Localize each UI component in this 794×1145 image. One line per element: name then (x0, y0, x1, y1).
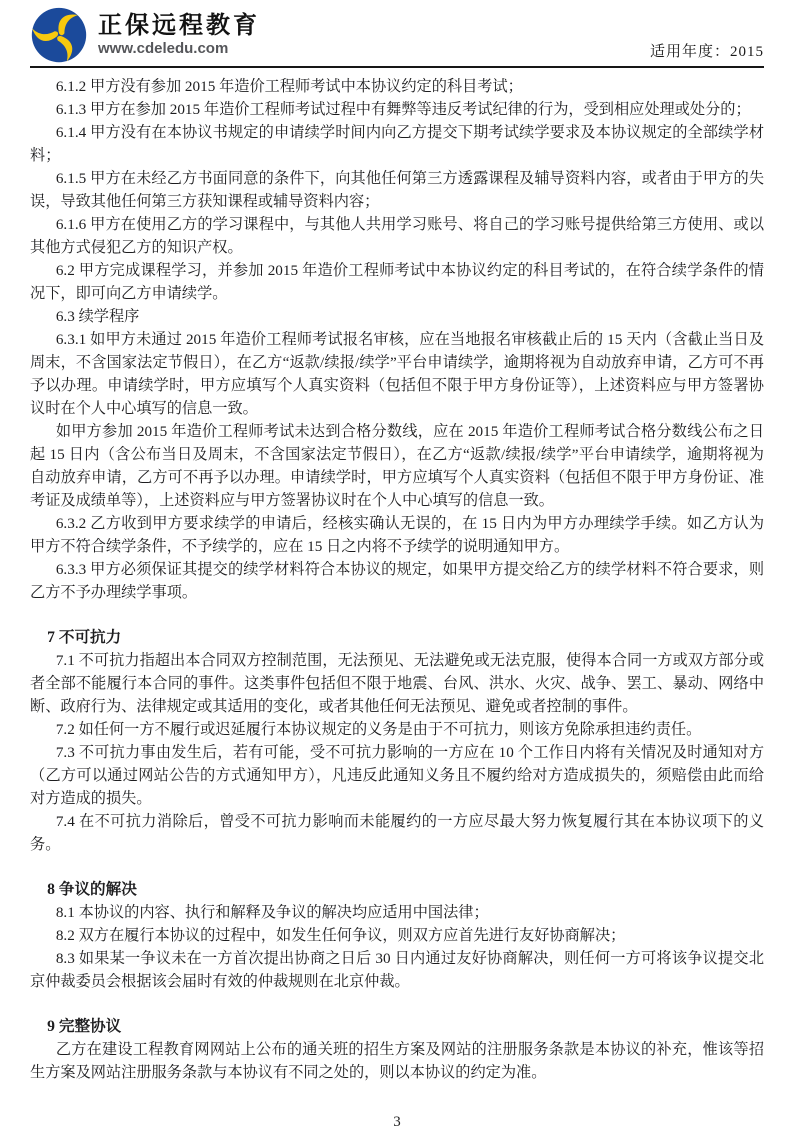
paragraph: 6.3.2 乙方收到甲方要求续学的申请后，经核实确认无误的，在 15 日内为甲方… (30, 512, 764, 558)
page-number: 3 (0, 1114, 794, 1131)
brand-name: 正保远程教育 (98, 12, 260, 40)
document-page: 正保远程教育 www.cdeledu.com 适用年度：2015 6.1.2 甲… (0, 0, 794, 1145)
paragraph: 6.2 甲方完成课程学习，并参加 2015 年造价工程师考试中本协议约定的科目考… (30, 259, 764, 305)
paragraph: 7.1 不可抗力指超出本合同双方控制范围，无法预见、无法避免或无法克服，使得本合… (30, 649, 764, 718)
paragraph: 6.1.6 甲方在使用乙方的学习课程中，与其他人共用学习账号、将自己的学习账号提… (30, 213, 764, 259)
paragraph: 6.1.5 甲方在未经乙方书面同意的条件下，向其他任何第三方透露课程及辅导资料内… (30, 167, 764, 213)
paragraph: 6.1.4 甲方没有在本协议书规定的申请续学时间内向乙方提交下期考试续学要求及本… (30, 121, 764, 167)
header-rule (30, 66, 764, 68)
paragraph: 7.4 在不可抗力消除后，曾受不可抗力影响而未能履约的一方应尽最大努力恢复履行其… (30, 810, 764, 856)
document-body: 6.1.2 甲方没有参加 2015 年造价工程师考试中本协议约定的科目考试；6.… (30, 75, 764, 1084)
paragraph: 6.3.3 甲方必须保证其提交的续学材料符合本协议的规定，如果甲方提交给乙方的续… (30, 558, 764, 604)
paragraph: 6.1.3 甲方在参加 2015 年造价工程师考试过程中有舞弊等违反考试纪律的行… (30, 98, 764, 121)
section-heading: 9 完整协议 (30, 1015, 764, 1038)
section-heading: 8 争议的解决 (30, 878, 764, 901)
brand-logo-icon (30, 6, 88, 64)
applicable-year-label: 适用年度：2015 (650, 40, 764, 64)
brand-url: www.cdeledu.com (98, 40, 260, 58)
section-heading: 7 不可抗力 (30, 626, 764, 649)
paragraph: 如甲方参加 2015 年造价工程师考试未达到合格分数线，应在 2015 年造价工… (30, 420, 764, 512)
paragraph: 7.2 如任何一方不履行或迟延履行本协议规定的义务是由于不可抗力，则该方免除承担… (30, 718, 764, 741)
paragraph: 6.3.1 如甲方未通过 2015 年造价工程师考试报名审核，应在当地报名审核截… (30, 328, 764, 420)
brand-text-block: 正保远程教育 www.cdeledu.com (98, 12, 260, 58)
paragraph: 8.3 如果某一争议未在一方首次提出协商之日后 30 日内通过友好协商解决，则任… (30, 947, 764, 993)
paragraph: 乙方在建设工程教育网网站上公布的通关班的招生方案及网站的注册服务条款是本协议的补… (30, 1038, 764, 1084)
page-header: 正保远程教育 www.cdeledu.com 适用年度：2015 (30, 6, 764, 64)
paragraph: 7.3 不可抗力事由发生后，若有可能，受不可抗力影响的一方应在 10 个工作日内… (30, 741, 764, 810)
brand-block: 正保远程教育 www.cdeledu.com (30, 6, 260, 64)
paragraph: 8.1 本协议的内容、执行和解释及争议的解决均应适用中国法律； (30, 901, 764, 924)
paragraph: 6.3 续学程序 (30, 305, 764, 328)
paragraph: 8.2 双方在履行本协议的过程中，如发生任何争议，则双方应首先进行友好协商解决； (30, 924, 764, 947)
paragraph: 6.1.2 甲方没有参加 2015 年造价工程师考试中本协议约定的科目考试； (30, 75, 764, 98)
